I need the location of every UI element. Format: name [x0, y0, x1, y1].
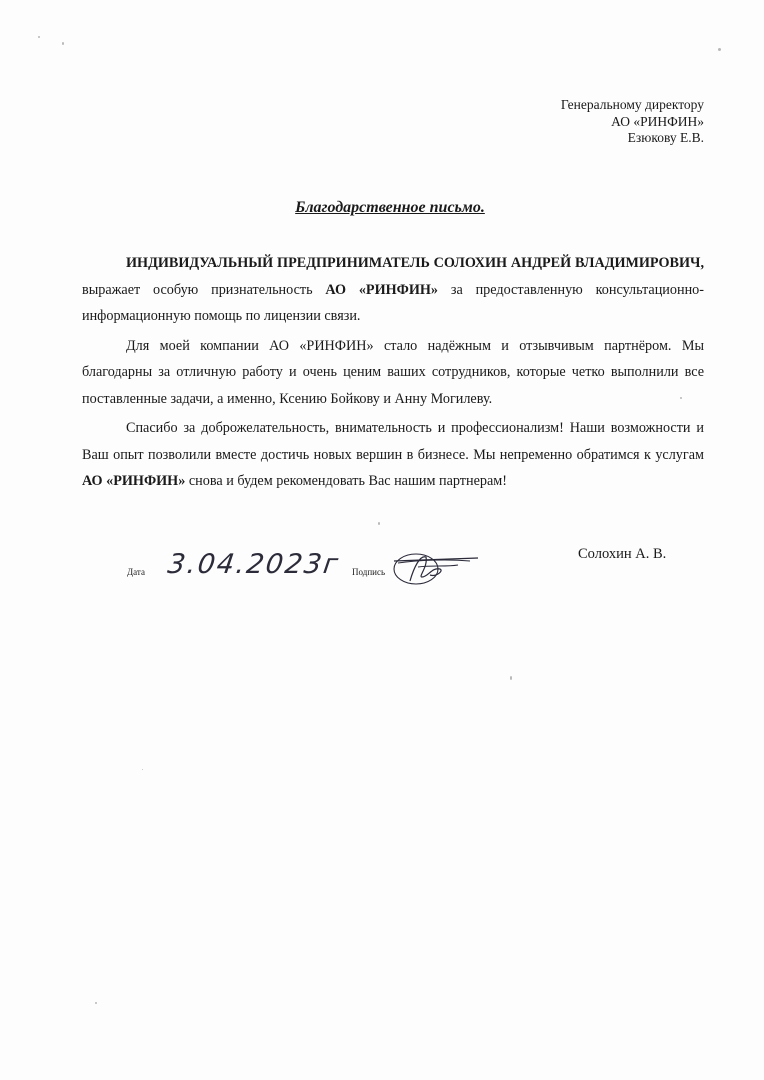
- letter-title: Благодарственное письмо.: [0, 199, 764, 217]
- addressee-company: АО «РИНФИН»: [561, 114, 704, 131]
- paragraph-2: Для моей компании АО «РИНФИН» стало надё…: [82, 333, 704, 413]
- handwritten-date: 3.04.2023г: [166, 549, 342, 580]
- paragraph-3-text-end: снова и будем рекомендовать Вас нашим па…: [185, 473, 507, 489]
- company-name: АО «РИНФИН»: [82, 473, 185, 489]
- scan-speck: [95, 1002, 97, 1004]
- scan-speck: [510, 676, 512, 680]
- addressee-position: Генеральному директору: [561, 97, 704, 114]
- scan-speck: [680, 397, 682, 399]
- signer-name: Солохин А. В.: [578, 546, 666, 563]
- paragraph-3: Спасибо за доброжелательность, вниматель…: [82, 415, 704, 495]
- signature-icon: [388, 547, 483, 587]
- scan-speck: [38, 36, 40, 38]
- sender-name: ИНДИВИДУАЛЬНЫЙ ПРЕДПРИНИМАТЕЛЬ СОЛОХИН А…: [126, 255, 704, 271]
- signature-row: Дата 3.04.2023г Подпись Солохин А. В.: [0, 545, 764, 595]
- letter-page: Генеральному директору АО «РИНФИН» Езюко…: [0, 0, 764, 1080]
- paragraph-1-text: выражает особую признательность: [82, 282, 325, 298]
- company-name: АО «РИНФИН»: [325, 282, 438, 298]
- scan-speck: [142, 769, 143, 770]
- scan-speck: [718, 48, 721, 51]
- addressee-name: Езюкову Е.В.: [561, 130, 704, 147]
- scan-speck: [62, 42, 64, 45]
- addressee-block: Генеральному директору АО «РИНФИН» Езюко…: [561, 97, 704, 147]
- date-label: Дата: [127, 567, 145, 577]
- paragraph-3-text: Спасибо за доброжелательность, вниматель…: [82, 420, 704, 463]
- letter-body: ИНДИВИДУАЛЬНЫЙ ПРЕДПРИНИМАТЕЛЬ СОЛОХИН А…: [82, 250, 704, 498]
- paragraph-1: ИНДИВИДУАЛЬНЫЙ ПРЕДПРИНИМАТЕЛЬ СОЛОХИН А…: [82, 250, 704, 330]
- scan-speck: [378, 522, 380, 525]
- signature-label: Подпись: [352, 567, 385, 577]
